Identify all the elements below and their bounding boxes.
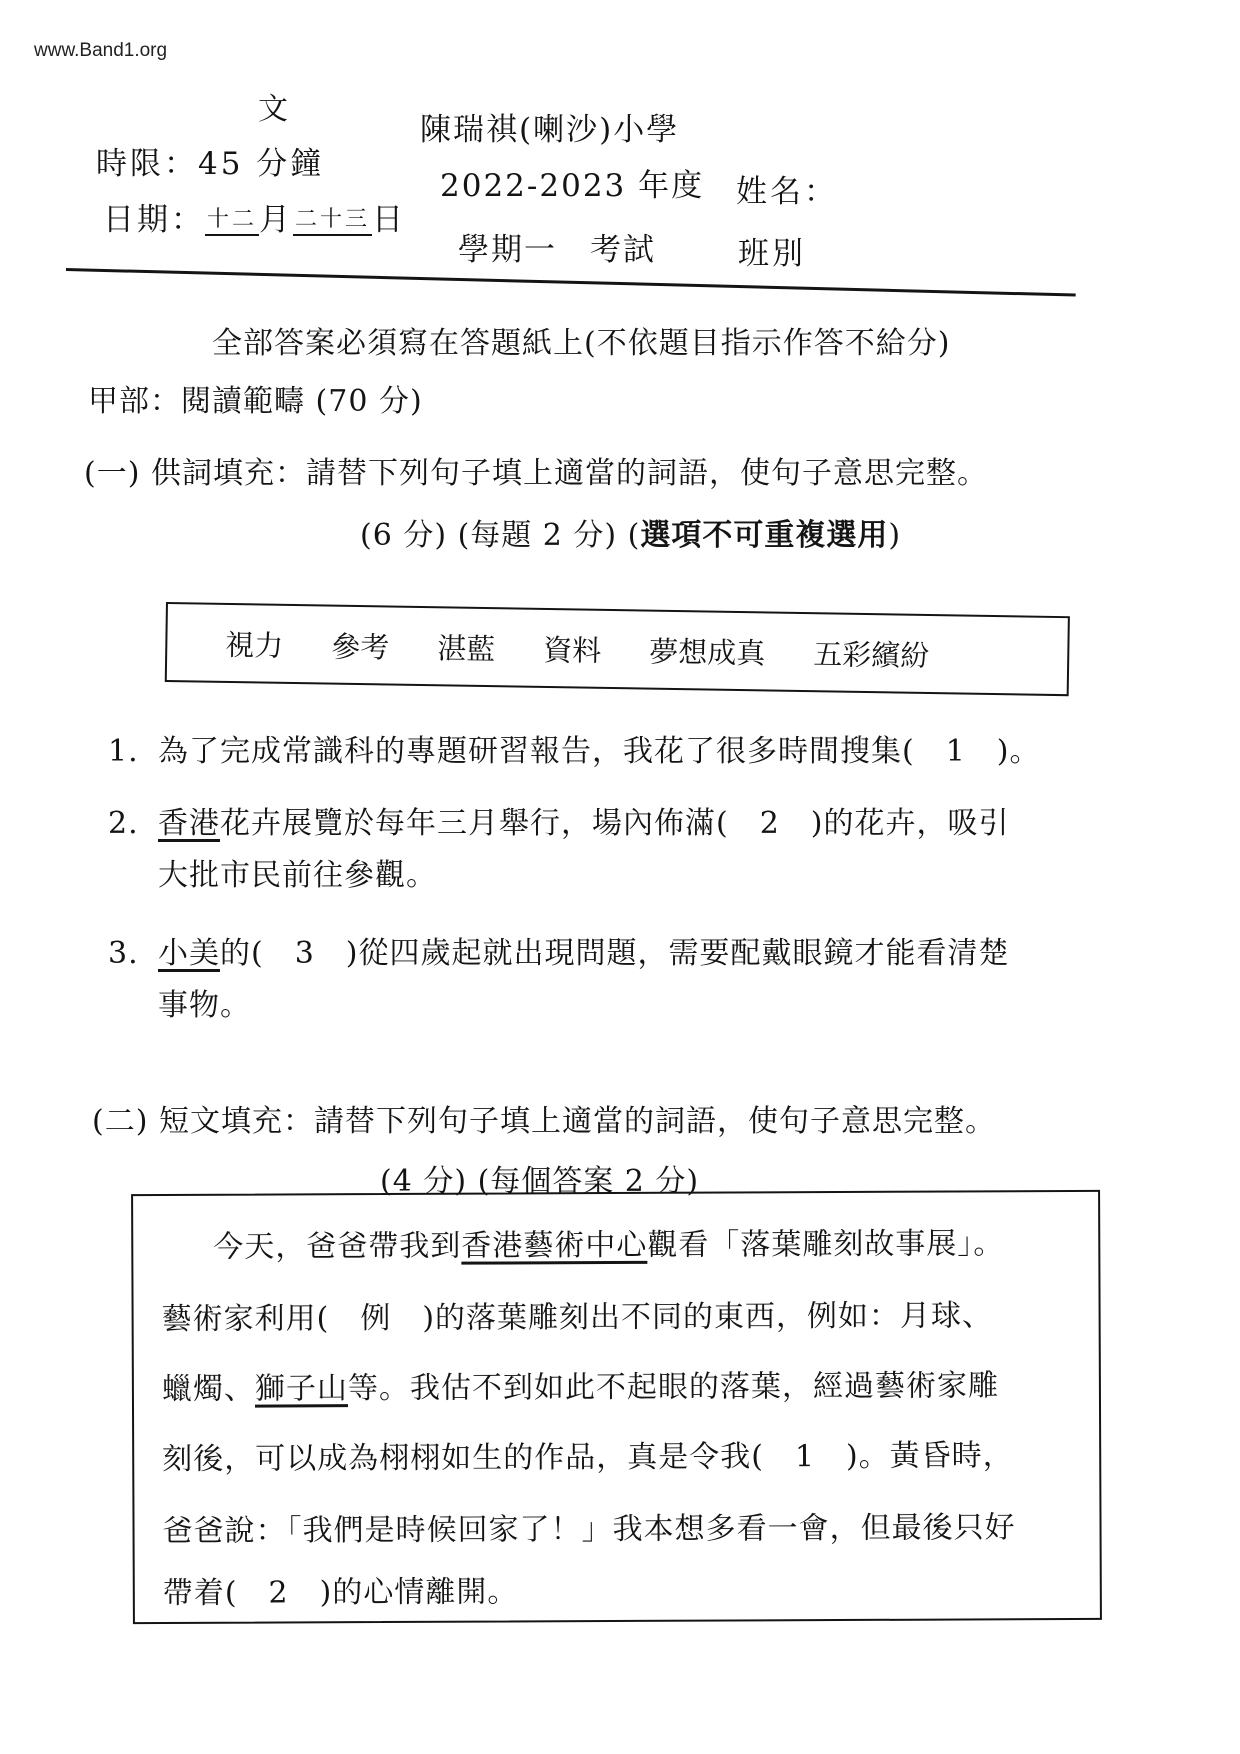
date-label: 日期： [103, 202, 205, 238]
question-3: 3.小美的( 3 )從四歲起就出現問題，需要配戴眼鏡才能看清楚 [108, 928, 1010, 972]
word-bank-item: 夢想成真 [649, 630, 766, 673]
question-text: 為了完成常識科的專題研習報告，我花了很多時間搜集( 1 )。 [158, 734, 1041, 769]
word-bank-item: 參考 [331, 625, 390, 667]
student-name-label: 姓名： [736, 166, 838, 211]
question-number: 1. [108, 734, 158, 769]
section1-marks-text: (6 分) (每題 2 分) ( [360, 518, 640, 553]
word-bank-item: 五彩繽紛 [813, 632, 930, 675]
question-number: 3. [108, 936, 158, 971]
question-2-continued: 大批市民前往參觀。 [158, 850, 437, 894]
watermark: www.Band1.org [34, 40, 167, 62]
question-2: 2.香港花卉展覽於每年三月舉行，場內佈滿( 2 )的花卉，吸引 [108, 798, 1010, 842]
date-day-unit: 日 [372, 202, 406, 238]
word-bank-item: 視力 [225, 623, 284, 665]
class-label: 班別 [738, 228, 806, 273]
word-bank-item: 湛藍 [437, 626, 496, 668]
section2-title: (二) 短文填充：請替下列句子填上適當的詞語，使句子意思完整。 [92, 1096, 996, 1140]
proper-noun: 小美 [158, 936, 220, 971]
question-text: 花卉展覽於每年三月舉行，場內佈滿( 2 )的花卉，吸引 [220, 806, 1010, 841]
passage-text: 觀看「落葉雕刻故事展」。 [647, 1226, 1004, 1263]
time-limit: 時限：45 分鐘 [96, 138, 324, 183]
question-text: 的( 3 )從四歲起就出現問題，需要配戴眼鏡才能看清楚 [220, 936, 1010, 971]
proper-noun: 獅子山 [255, 1371, 348, 1406]
section1-no-repeat-note: 選項不可重複選用 [640, 518, 888, 553]
question-1: 1.為了完成常識科的專題研習報告，我花了很多時間搜集( 1 )。 [108, 726, 1041, 770]
proper-noun: 香港 [158, 806, 220, 841]
time-limit-label: 時限： [96, 146, 198, 182]
part-a-title: 甲部：閱讀範疇 (70 分) [88, 376, 423, 420]
word-bank-box: 視力 參考 湛藍 資料 夢想成真 五彩繽紛 [165, 602, 1070, 696]
passage-text: 今天，爸爸帶我到 [213, 1229, 461, 1265]
word-bank-item: 資料 [543, 628, 602, 670]
section1-title: (一) 供詞填充：請替下列句子填上適當的詞語，使句子意思完整。 [84, 448, 988, 492]
section1-marks-end: ) [888, 518, 901, 553]
exam-date: 日期：十二月二十三日 [103, 194, 406, 239]
section1-marks: (6 分) (每題 2 分) (選項不可重複選用) [360, 510, 901, 554]
header-divider [66, 268, 1076, 297]
passage-text: 等。我估不到如此不起眼的落葉，經過藝術家雕 [348, 1368, 999, 1406]
school-year: 2022-2023 年度 [440, 160, 704, 205]
question-number: 2. [108, 806, 158, 841]
school-name: 陳瑞祺(喇沙)小學 [420, 104, 679, 149]
instructions: 全部答案必須寫在答題紙上(不依題目指示作答不給分) [212, 318, 950, 362]
passage-line-1: 今天，爸爸帶我到香港藝術中心觀看「落葉雕刻故事展」。 [213, 1218, 1004, 1265]
passage-line-6: 帶着( 2 )的心情離開。 [163, 1566, 519, 1612]
passage-line-2: 藝術家利用( 例 )的落葉雕刻出不同的東西，例如：月球、 [162, 1290, 994, 1338]
exam-term: 學期一 考試 [458, 224, 656, 269]
date-month: 十二 [205, 206, 259, 236]
time-limit-value: 45 分鐘 [198, 146, 324, 182]
passage-line-5: 爸爸說：「我們是時候回家了！」我本想多看一會，但最後只好 [162, 1502, 1015, 1550]
passage-line-4: 刻後，可以成為栩栩如生的作品，真是令我( 1 )。黃昏時， [162, 1430, 1014, 1478]
passage-line-3: 蠟燭、獅子山等。我估不到如此不起眼的落葉，經過藝術家雕 [162, 1360, 999, 1408]
date-day: 二十三 [293, 206, 372, 236]
passage-box: 今天，爸爸帶我到香港藝術中心觀看「落葉雕刻故事展」。 藝術家利用( 例 )的落葉… [131, 1190, 1102, 1624]
date-month-unit: 月 [259, 202, 293, 238]
passage-text: 蠟燭、 [162, 1372, 255, 1407]
proper-noun: 香港藝術中心 [461, 1228, 647, 1264]
subject-label: 文 [258, 84, 288, 128]
question-3-continued: 事物。 [158, 980, 251, 1024]
